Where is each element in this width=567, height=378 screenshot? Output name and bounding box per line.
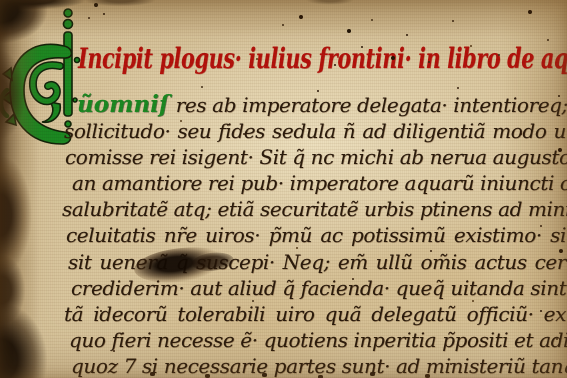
margin-initial-fragment — [0, 88, 11, 118]
text-line: crediderim· aut aliud q̃ facienda· queq̃… — [62, 275, 566, 301]
text-line: salubritatẽ atq; etiã securitatẽ urbis p… — [62, 196, 566, 222]
text-line: an amantiore rei pub· imperatore aquarũ … — [62, 170, 566, 196]
text-line: quoz 7 si necessarie partes sunt· ad min… — [62, 353, 566, 378]
rubric-line: Incipit plogus· iulius frontini· in libr… — [78, 42, 566, 76]
ink-speckles — [0, 0, 2, 2]
ornament-dot — [64, 20, 73, 29]
text-line: ũomniſres ab imperatore delegata· intent… — [62, 92, 566, 118]
manuscript-page: Incipit plogus· iulius frontini· in libr… — [0, 0, 567, 378]
text-line: tã idecorũ tolerabili uiro quã delegatũ … — [62, 301, 566, 327]
text-line: sollicitudo· seu fides sedula ñ ad dilig… — [62, 118, 566, 144]
ornament-dot — [64, 9, 72, 17]
text-line: sit uenerã q̃ suscepi· Neq; em̃ ullũ om̃… — [62, 249, 566, 275]
text-block: ũomniſres ab imperatore delegata· intent… — [62, 92, 566, 378]
text-line-rest: res ab imperatore delegata· intentioreq;… — [176, 93, 567, 117]
opening-word: ũomniſ — [77, 91, 176, 118]
text-line: celuitatis nr̃e uiros· p̃mũ ac potissimũ… — [62, 222, 566, 248]
text-line: comisse rei isigent· Sit q̃ nc michi ab … — [62, 144, 566, 170]
text-line: quo fieri necesse ẽ· quotiens inperitia … — [62, 327, 566, 353]
